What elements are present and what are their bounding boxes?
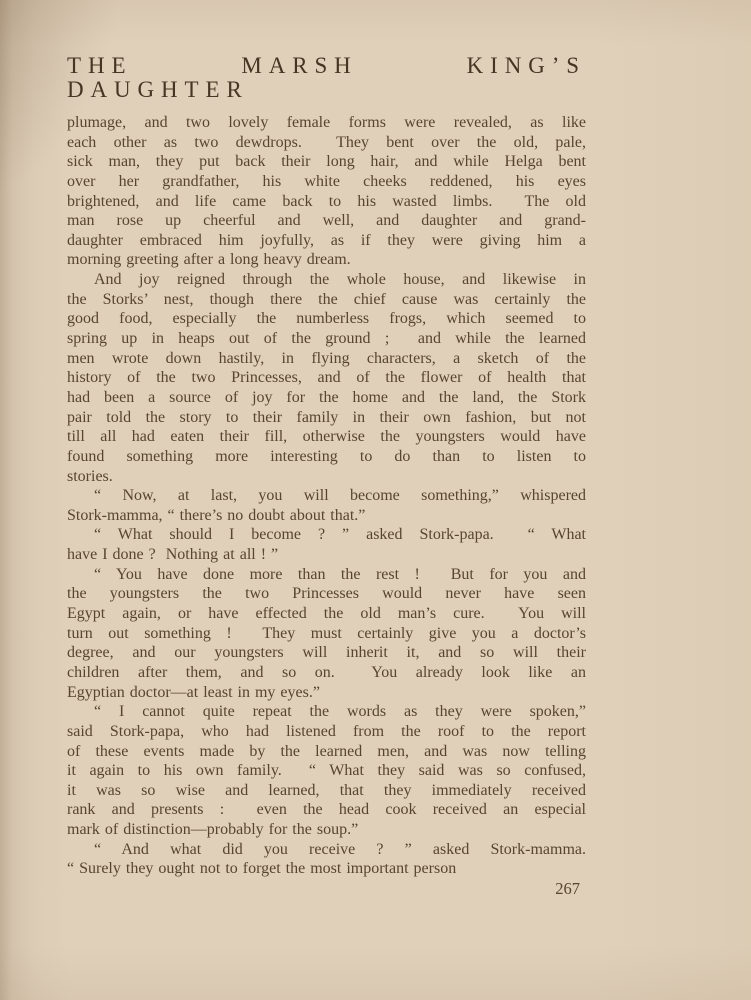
text-line: the Storks’ nest, though there the chief… <box>67 290 586 310</box>
text-line: “ I cannot quite repeat the words as the… <box>67 702 586 722</box>
text-line: And joy reigned through the whole house,… <box>67 270 586 290</box>
text-line: rank and presents : even the head cook r… <box>67 800 586 820</box>
text-line: Egyptian doctor—at least in my eyes.” <box>67 683 586 703</box>
text-line: degree, and our youngsters will inherit … <box>67 643 586 663</box>
page-number: 267 <box>67 879 586 899</box>
paragraph: “ Now, at last, you will become somethin… <box>67 486 586 525</box>
text-line: good food, especially the numberless fro… <box>67 309 586 329</box>
text-line: history of the two Princesses, and of th… <box>67 368 586 388</box>
book-page: THE MARSH KING’S DAUGHTER plumage, and t… <box>0 0 751 1000</box>
text-line: Stork-mamma, “ there’s no doubt about th… <box>67 506 586 526</box>
text-line: over her grandfather, his white cheeks r… <box>67 172 586 192</box>
text-line: it was so wise and learned, that they im… <box>67 781 586 801</box>
text-line: man rose up cheerful and well, and daugh… <box>67 211 586 231</box>
paragraph: plumage, and two lovely female forms wer… <box>67 113 586 270</box>
paragraph: “ What should I become ? ” asked Stork-p… <box>67 525 586 564</box>
text-line: “ Now, at last, you will become somethin… <box>67 486 586 506</box>
text-line: spring up in heaps out of the ground ; a… <box>67 329 586 349</box>
text-line: sick man, they put back their long hair,… <box>67 152 586 172</box>
paragraph: “ You have done more than the rest ! But… <box>67 565 586 702</box>
text-line: “ What should I become ? ” asked Stork-p… <box>67 525 586 545</box>
text-line: have I done ? Nothing at all ! ” <box>67 545 586 565</box>
page-header-title: THE MARSH KING’S DAUGHTER <box>67 54 586 102</box>
text-line: “ Surely they ought not to forget the mo… <box>67 859 586 879</box>
text-line: the youngsters the two Princesses would … <box>67 584 586 604</box>
text-line: plumage, and two lovely female forms wer… <box>67 113 586 133</box>
text-line: daughter embraced him joyfully, as if th… <box>67 231 586 251</box>
text-line: stories. <box>67 467 586 487</box>
text-line: had been a source of joy for the home an… <box>67 388 586 408</box>
text-line: Egypt again, or have effected the old ma… <box>67 604 586 624</box>
text-line: men wrote down hastily, in flying charac… <box>67 349 586 369</box>
text-line: morning greeting after a long heavy drea… <box>67 250 586 270</box>
paragraph: “ And what did you receive ? ” asked Sto… <box>67 840 586 879</box>
text-column: THE MARSH KING’S DAUGHTER plumage, and t… <box>67 54 586 899</box>
text-line: turn out something ! They must certainly… <box>67 624 586 644</box>
text-line: of these events made by the learned men,… <box>67 742 586 762</box>
paragraph: And joy reigned through the whole house,… <box>67 270 586 486</box>
text-line: children after them, and so on. You alre… <box>67 663 586 683</box>
text-line: brightened, and life came back to his wa… <box>67 192 586 212</box>
text-line: “ You have done more than the rest ! But… <box>67 565 586 585</box>
text-line: till all had eaten their fill, otherwise… <box>67 427 586 447</box>
text-line: each other as two dewdrops. They bent ov… <box>67 133 586 153</box>
paragraph: “ I cannot quite repeat the words as the… <box>67 702 586 839</box>
text-line: pair told the story to their family in t… <box>67 408 586 428</box>
text-line: “ And what did you receive ? ” asked Sto… <box>67 840 586 860</box>
text-line: mark of distinction—probably for the sou… <box>67 820 586 840</box>
text-line: found something more interesting to do t… <box>67 447 586 467</box>
text-block: plumage, and two lovely female forms wer… <box>67 113 586 879</box>
text-line: said Stork-papa, who had listened from t… <box>67 722 586 742</box>
text-line: it again to his own family. “ What they … <box>67 761 586 781</box>
